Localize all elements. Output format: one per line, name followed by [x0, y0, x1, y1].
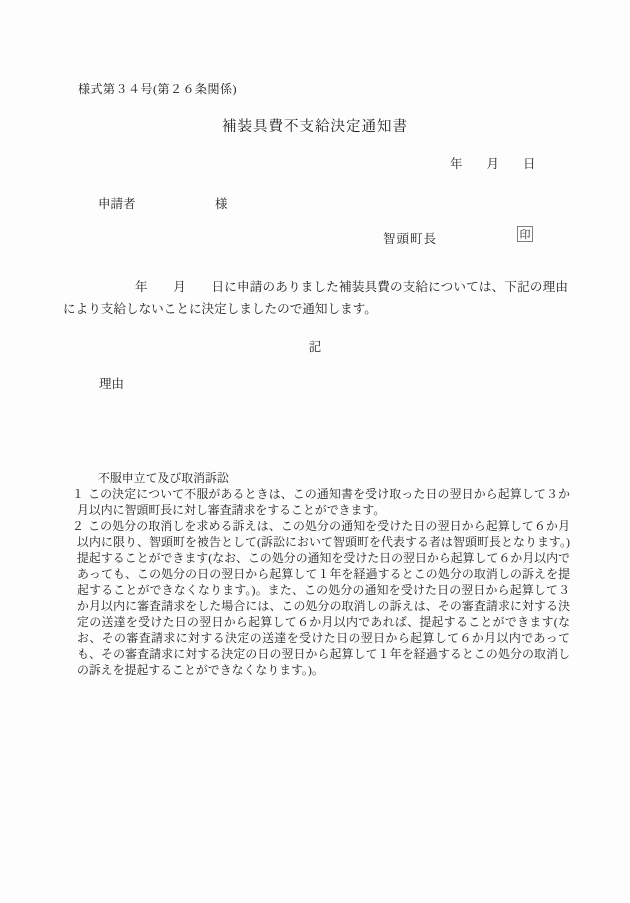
issuer-name: 智頭町長	[383, 229, 437, 247]
notification-body: 年 月 日に申請のありました補装具費の支給については、下記の理由により支給しない…	[63, 276, 568, 320]
applicant-honorific: 様	[215, 194, 228, 212]
appeal-item-1: １この決定について不服があるときは、この通知書を受け取った日の翌日から起算して３…	[63, 486, 570, 518]
form-number: 様式第３４号(第２６条関係)	[78, 80, 237, 97]
appeal-item-1-text: この決定について不服があるときは、この通知書を受け取った日の翌日から起算して３か…	[77, 487, 570, 517]
appeal-item-2-number: ２	[72, 519, 84, 533]
day-label: 日	[523, 157, 536, 171]
year-label: 年	[450, 157, 463, 171]
document-page: 様式第３４号(第２６条関係) 補装具費不支給決定通知書 年月日 申請者 様 智頭…	[0, 0, 630, 903]
document-title: 補装具費不支給決定通知書	[0, 115, 630, 136]
appeal-item-2-text: この処分の取消しを求める訴えは、この処分の通知を受けた日の翌日から起算して６か月…	[77, 519, 570, 677]
reason-label: 理由	[99, 374, 124, 392]
appeal-section: 不服申立て及び取消訴訟 １この決定について不服があるときは、この通知書を受け取っ…	[63, 470, 570, 678]
appeal-item-2: ２この処分の取消しを求める訴えは、この処分の通知を受けた日の翌日から起算して６か…	[63, 518, 570, 678]
seal-stamp: 印	[517, 226, 533, 242]
month-label: 月	[487, 157, 500, 171]
appeal-item-1-number: １	[72, 487, 84, 501]
date-line: 年月日	[450, 154, 536, 172]
applicant-label: 申請者	[98, 194, 136, 212]
record-marker: 記	[0, 337, 630, 355]
appeal-heading: 不服申立て及び取消訴訟	[63, 470, 570, 486]
